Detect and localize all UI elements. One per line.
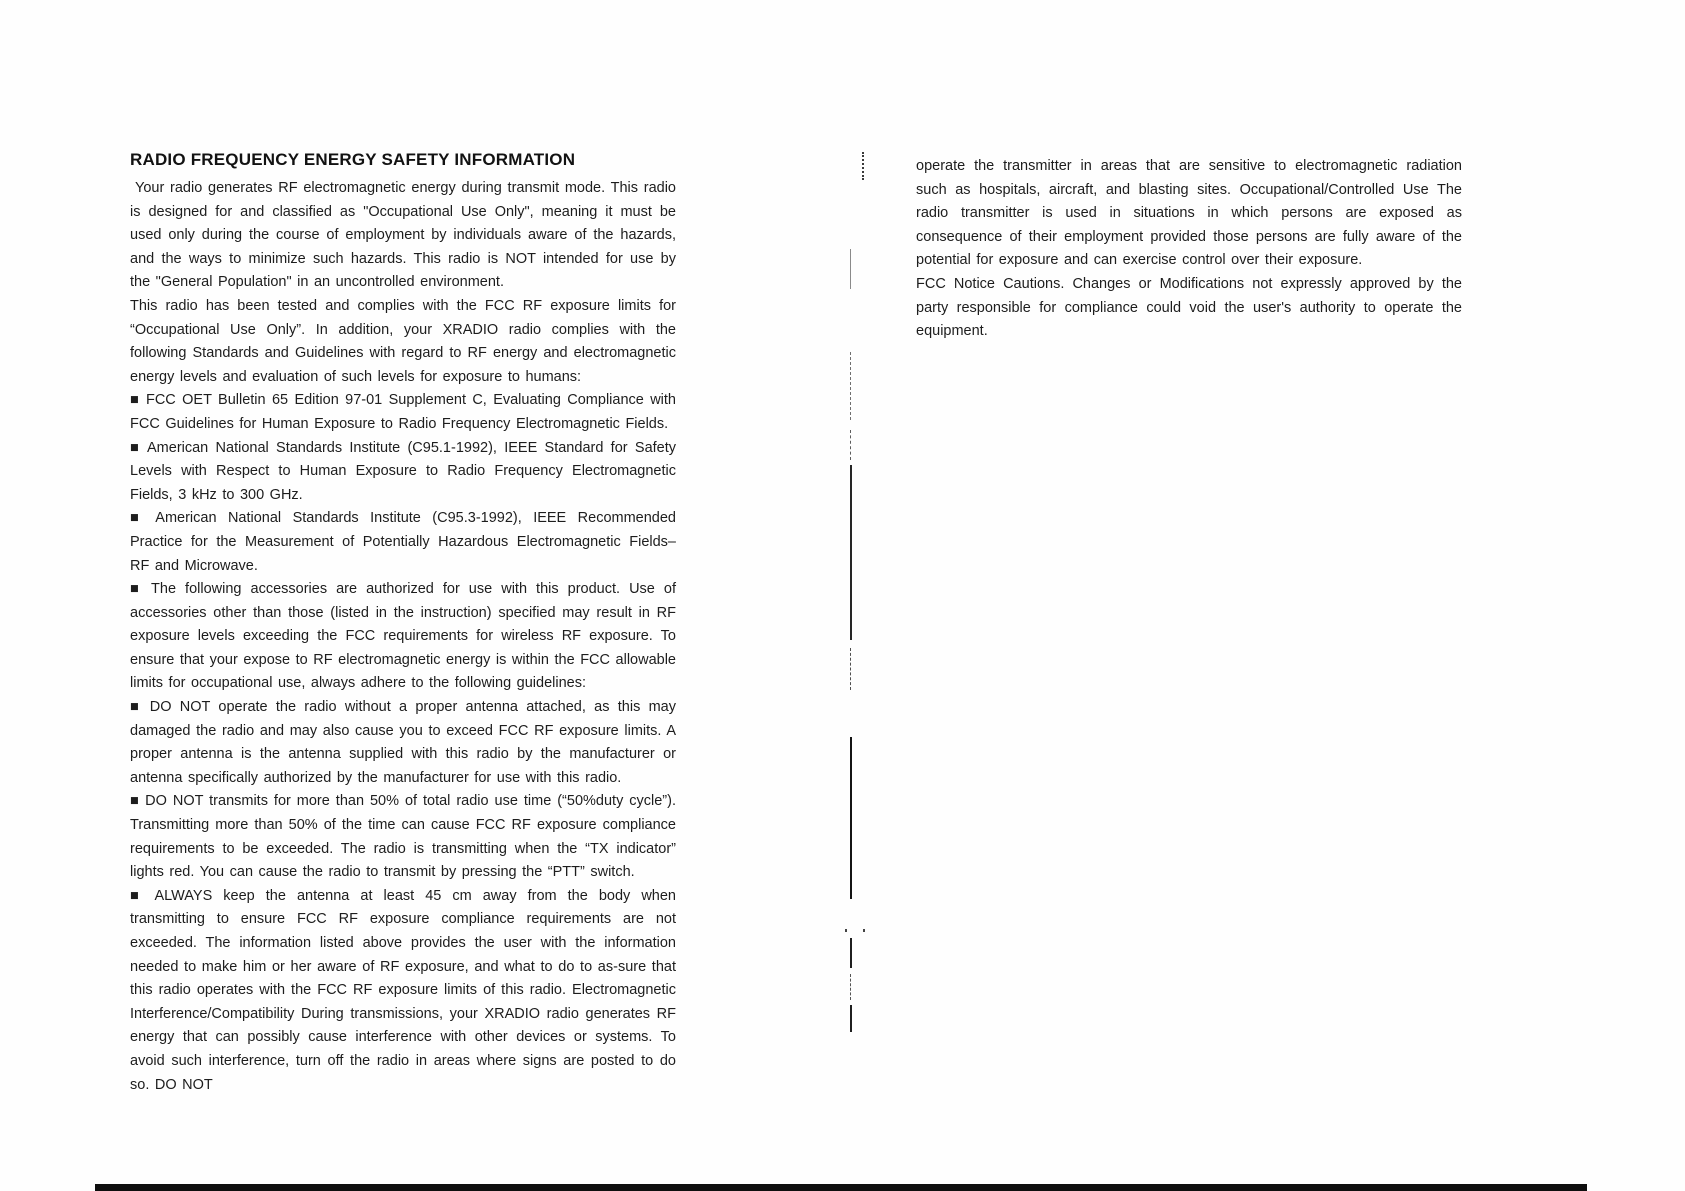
scan-crease-dot <box>845 929 847 932</box>
scan-crease-dot <box>863 929 865 932</box>
manual-page: RADIO FREQUENCY ENERGY SAFETY INFORMATIO… <box>0 0 1685 1191</box>
bullet-paragraph: ■ American National Standards Institute … <box>130 507 676 578</box>
scan-crease-segment <box>862 152 864 180</box>
scan-edge-bar <box>95 1184 1587 1191</box>
bullet-paragraph: ■ DO NOT transmits for more than 50% of … <box>130 790 676 884</box>
bullet-paragraph: ■ DO NOT operate the radio without a pro… <box>130 696 676 790</box>
bullet-paragraph: ■ American National Standards Institute … <box>130 437 676 508</box>
scan-crease-segment <box>850 249 851 289</box>
scan-crease-segment <box>850 430 851 460</box>
paragraph: FCC Notice Cautions. Changes or Modifica… <box>916 273 1462 344</box>
left-column: RADIO FREQUENCY ENERGY SAFETY INFORMATIO… <box>130 147 676 1097</box>
paragraph: Your radio generates RF electromagnetic … <box>130 177 676 295</box>
scan-crease-segment <box>850 974 851 1000</box>
page-title: RADIO FREQUENCY ENERGY SAFETY INFORMATIO… <box>130 147 676 172</box>
scan-crease-segment <box>850 352 851 420</box>
scan-crease-segment <box>850 737 852 899</box>
paragraph: This radio has been tested and complies … <box>130 295 676 389</box>
scan-crease-segment <box>850 1005 852 1032</box>
paragraph: operate the transmitter in areas that ar… <box>916 155 1462 273</box>
bullet-paragraph: ■ FCC OET Bulletin 65 Edition 97-01 Supp… <box>130 389 676 436</box>
bullet-paragraph: ■ The following accessories are authoriz… <box>130 578 676 696</box>
right-column: operate the transmitter in areas that ar… <box>916 155 1462 344</box>
scan-crease-segment <box>850 648 851 690</box>
bullet-paragraph: ■ ALWAYS keep the antenna at least 45 cm… <box>130 885 676 1097</box>
scan-crease-segment <box>850 938 852 968</box>
scan-crease-segment <box>850 465 852 640</box>
